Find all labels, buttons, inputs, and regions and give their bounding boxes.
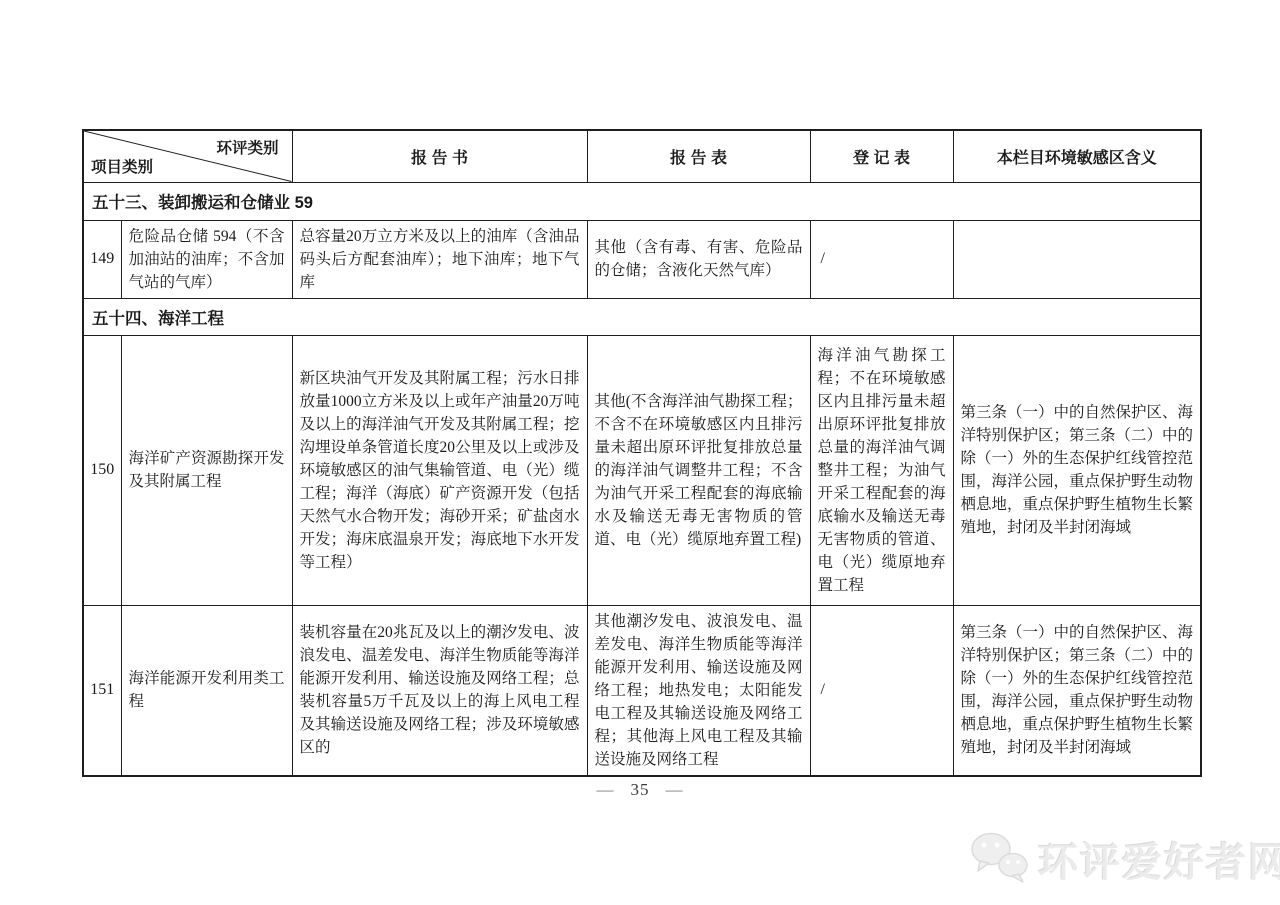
table-row-150: 150 海洋矿产资源勘探开发及其附属工程 新区块油气开发及其附属工程；污水日排放…: [83, 335, 1201, 605]
row-150-category: 海洋矿产资源勘探开发及其附属工程: [121, 335, 292, 605]
row-151-register: /: [810, 605, 953, 776]
section-53-title: 五十三、装卸搬运和仓储业 59: [83, 182, 1201, 220]
row-149-report-book: 总容量20万立方米及以上的油库（含油品码头后方配套油库）；地下油库；地下气库: [292, 220, 587, 298]
header-eia-category-label: 环评类别: [216, 136, 278, 158]
table-row-151: 151 海洋能源开发利用类工程 装机容量在20兆瓦及以上的潮汐发电、波浪发电、温…: [83, 605, 1201, 776]
header-register-table: 登 记 表: [810, 130, 953, 182]
row-151-sensitive: 第三条（一）中的自然保护区、海洋特别保护区；第三条（二）中的除（一）外的生态保护…: [953, 605, 1201, 776]
row-150-report-table: 其他(不含海洋油气勘探工程；不含不在环境敏感区内且排污量未超出原环评批复排放总量…: [587, 335, 810, 605]
document-page: { "colors": { "border": "#1f1f1f", "text…: [0, 0, 1280, 905]
wechat-bubbles-icon: [968, 829, 1032, 890]
header-project-category-label: 项目类别: [91, 155, 153, 177]
row-151-number: 151: [83, 605, 121, 776]
footer-dash-left: —: [581, 780, 631, 799]
row-149-number: 149: [83, 220, 121, 298]
row-150-report-book: 新区块油气开发及其附属工程；污水日排放量1000立方米及以上或年产油量20万吨及…: [292, 335, 587, 605]
diagonal-header-cell: 环评类别 项目类别: [83, 130, 292, 182]
row-150-register: 海洋油气勘探工程；不在环境敏感区内且排污量未超出原环评批复排放总量的海洋油气调整…: [810, 335, 953, 605]
section-54-title: 五十四、海洋工程: [83, 298, 1201, 335]
page-number: 35: [631, 780, 650, 799]
row-149-register: /: [810, 220, 953, 298]
section-row-54: 五十四、海洋工程: [83, 298, 1201, 335]
table-row-149: 149 危险品仓储 594（不含加油站的油库；不含加气站的气库） 总容量20万立…: [83, 220, 1201, 298]
watermark: 环评爱好者网: [968, 828, 1273, 890]
eia-category-table: 环评类别 项目类别 报 告 书 报 告 表 登 记 表 本栏目环境敏感区含义 五…: [82, 129, 1200, 777]
table-header-row: 环评类别 项目类别 报 告 书 报 告 表 登 记 表 本栏目环境敏感区含义: [83, 130, 1201, 182]
row-151-report-book: 装机容量在20兆瓦及以上的潮汐发电、波浪发电、温差发电、海洋生物质能等海洋能源开…: [292, 605, 587, 776]
row-149-report-table: 其他（含有毒、有害、危险品的仓储；含液化天然气库）: [587, 220, 810, 298]
row-150-number: 150: [83, 335, 121, 605]
footer-dash-right: —: [650, 780, 700, 799]
page-footer: —35—: [0, 780, 1280, 800]
row-151-report-table: 其他潮汐发电、波浪发电、温差发电、海洋生物质能等海洋能源开发利用、输送设施及网络…: [587, 605, 810, 776]
row-149-sensitive: [953, 220, 1201, 298]
watermark-text: 环评爱好者网: [1038, 831, 1280, 888]
section-row-53: 五十三、装卸搬运和仓储业 59: [83, 182, 1201, 220]
row-151-category: 海洋能源开发利用类工程: [121, 605, 292, 776]
header-sensitive-area: 本栏目环境敏感区含义: [953, 130, 1201, 182]
header-report-table: 报 告 表: [587, 130, 810, 182]
header-report-book: 报 告 书: [292, 130, 587, 182]
row-150-sensitive: 第三条（一）中的自然保护区、海洋特别保护区；第三条（二）中的除（一）外的生态保护…: [953, 335, 1201, 605]
row-149-category: 危险品仓储 594（不含加油站的油库；不含加气站的气库）: [121, 220, 292, 298]
